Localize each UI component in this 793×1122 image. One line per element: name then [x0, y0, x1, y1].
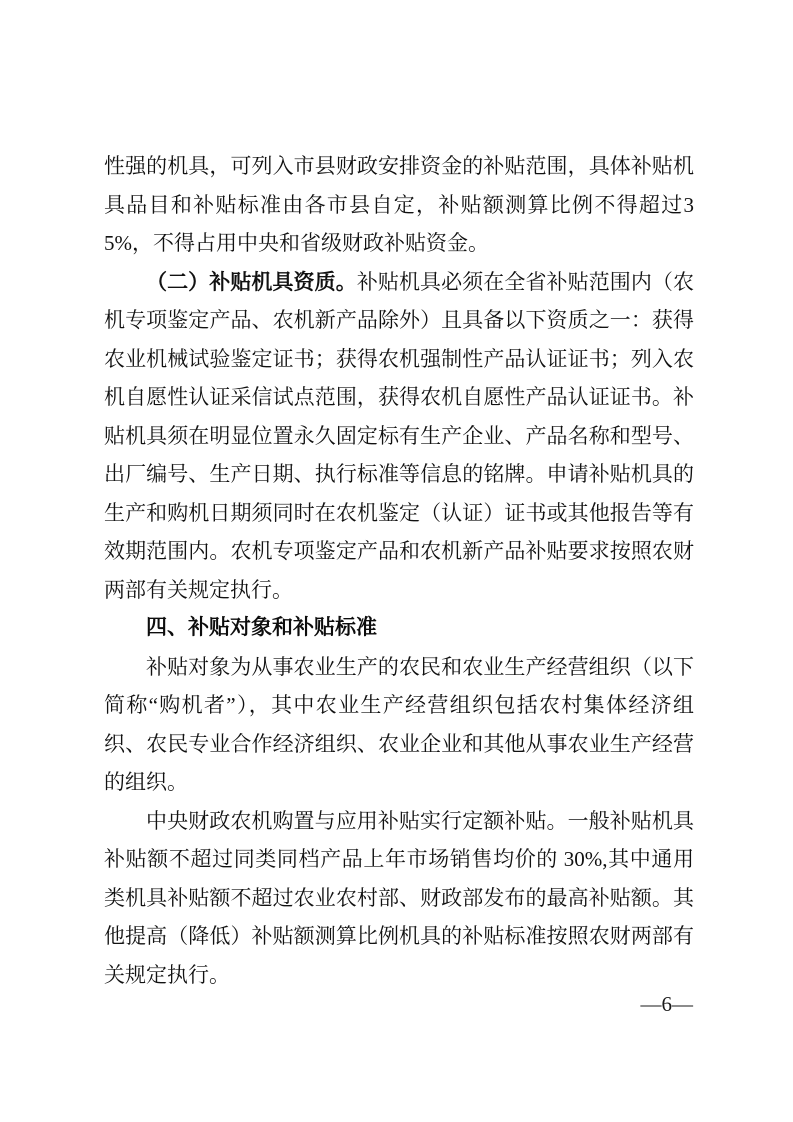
document-page: 性强的机具，可列入市县财政安排资金的补贴范围，具体补贴机具品目和补贴标准由各市县…: [0, 0, 793, 1122]
page-number: —6—: [641, 992, 694, 1016]
section-heading-subsidy-targets: 四、补贴对象和补贴标准: [104, 609, 694, 648]
paragraph-lead-bold: （二）补贴机具资质。: [146, 270, 357, 294]
paragraph-body-text: 补贴机具必须在全省补贴范围内（农机专项鉴定产品、农机新产品除外）且具备以下资质之…: [104, 270, 694, 602]
document-body: 性强的机具，可列入市县财政安排资金的补贴范围，具体补贴机具品目和补贴标准由各市县…: [104, 147, 694, 994]
paragraph-machine-qualification: （二）补贴机具资质。补贴机具必须在全省补贴范围内（农机专项鉴定产品、农机新产品除…: [104, 263, 694, 610]
paragraph-continued: 性强的机具，可列入市县财政安排资金的补贴范围，具体补贴机具品目和补贴标准由各市县…: [104, 147, 694, 263]
paragraph-subsidy-targets: 补贴对象为从事农业生产的农民和农业生产经营组织（以下简称“购机者”），其中农业生…: [104, 648, 694, 802]
paragraph-subsidy-standard: 中央财政农机购置与应用补贴实行定额补贴。一般补贴机具补贴额不超过同类同档产品上年…: [104, 802, 694, 995]
